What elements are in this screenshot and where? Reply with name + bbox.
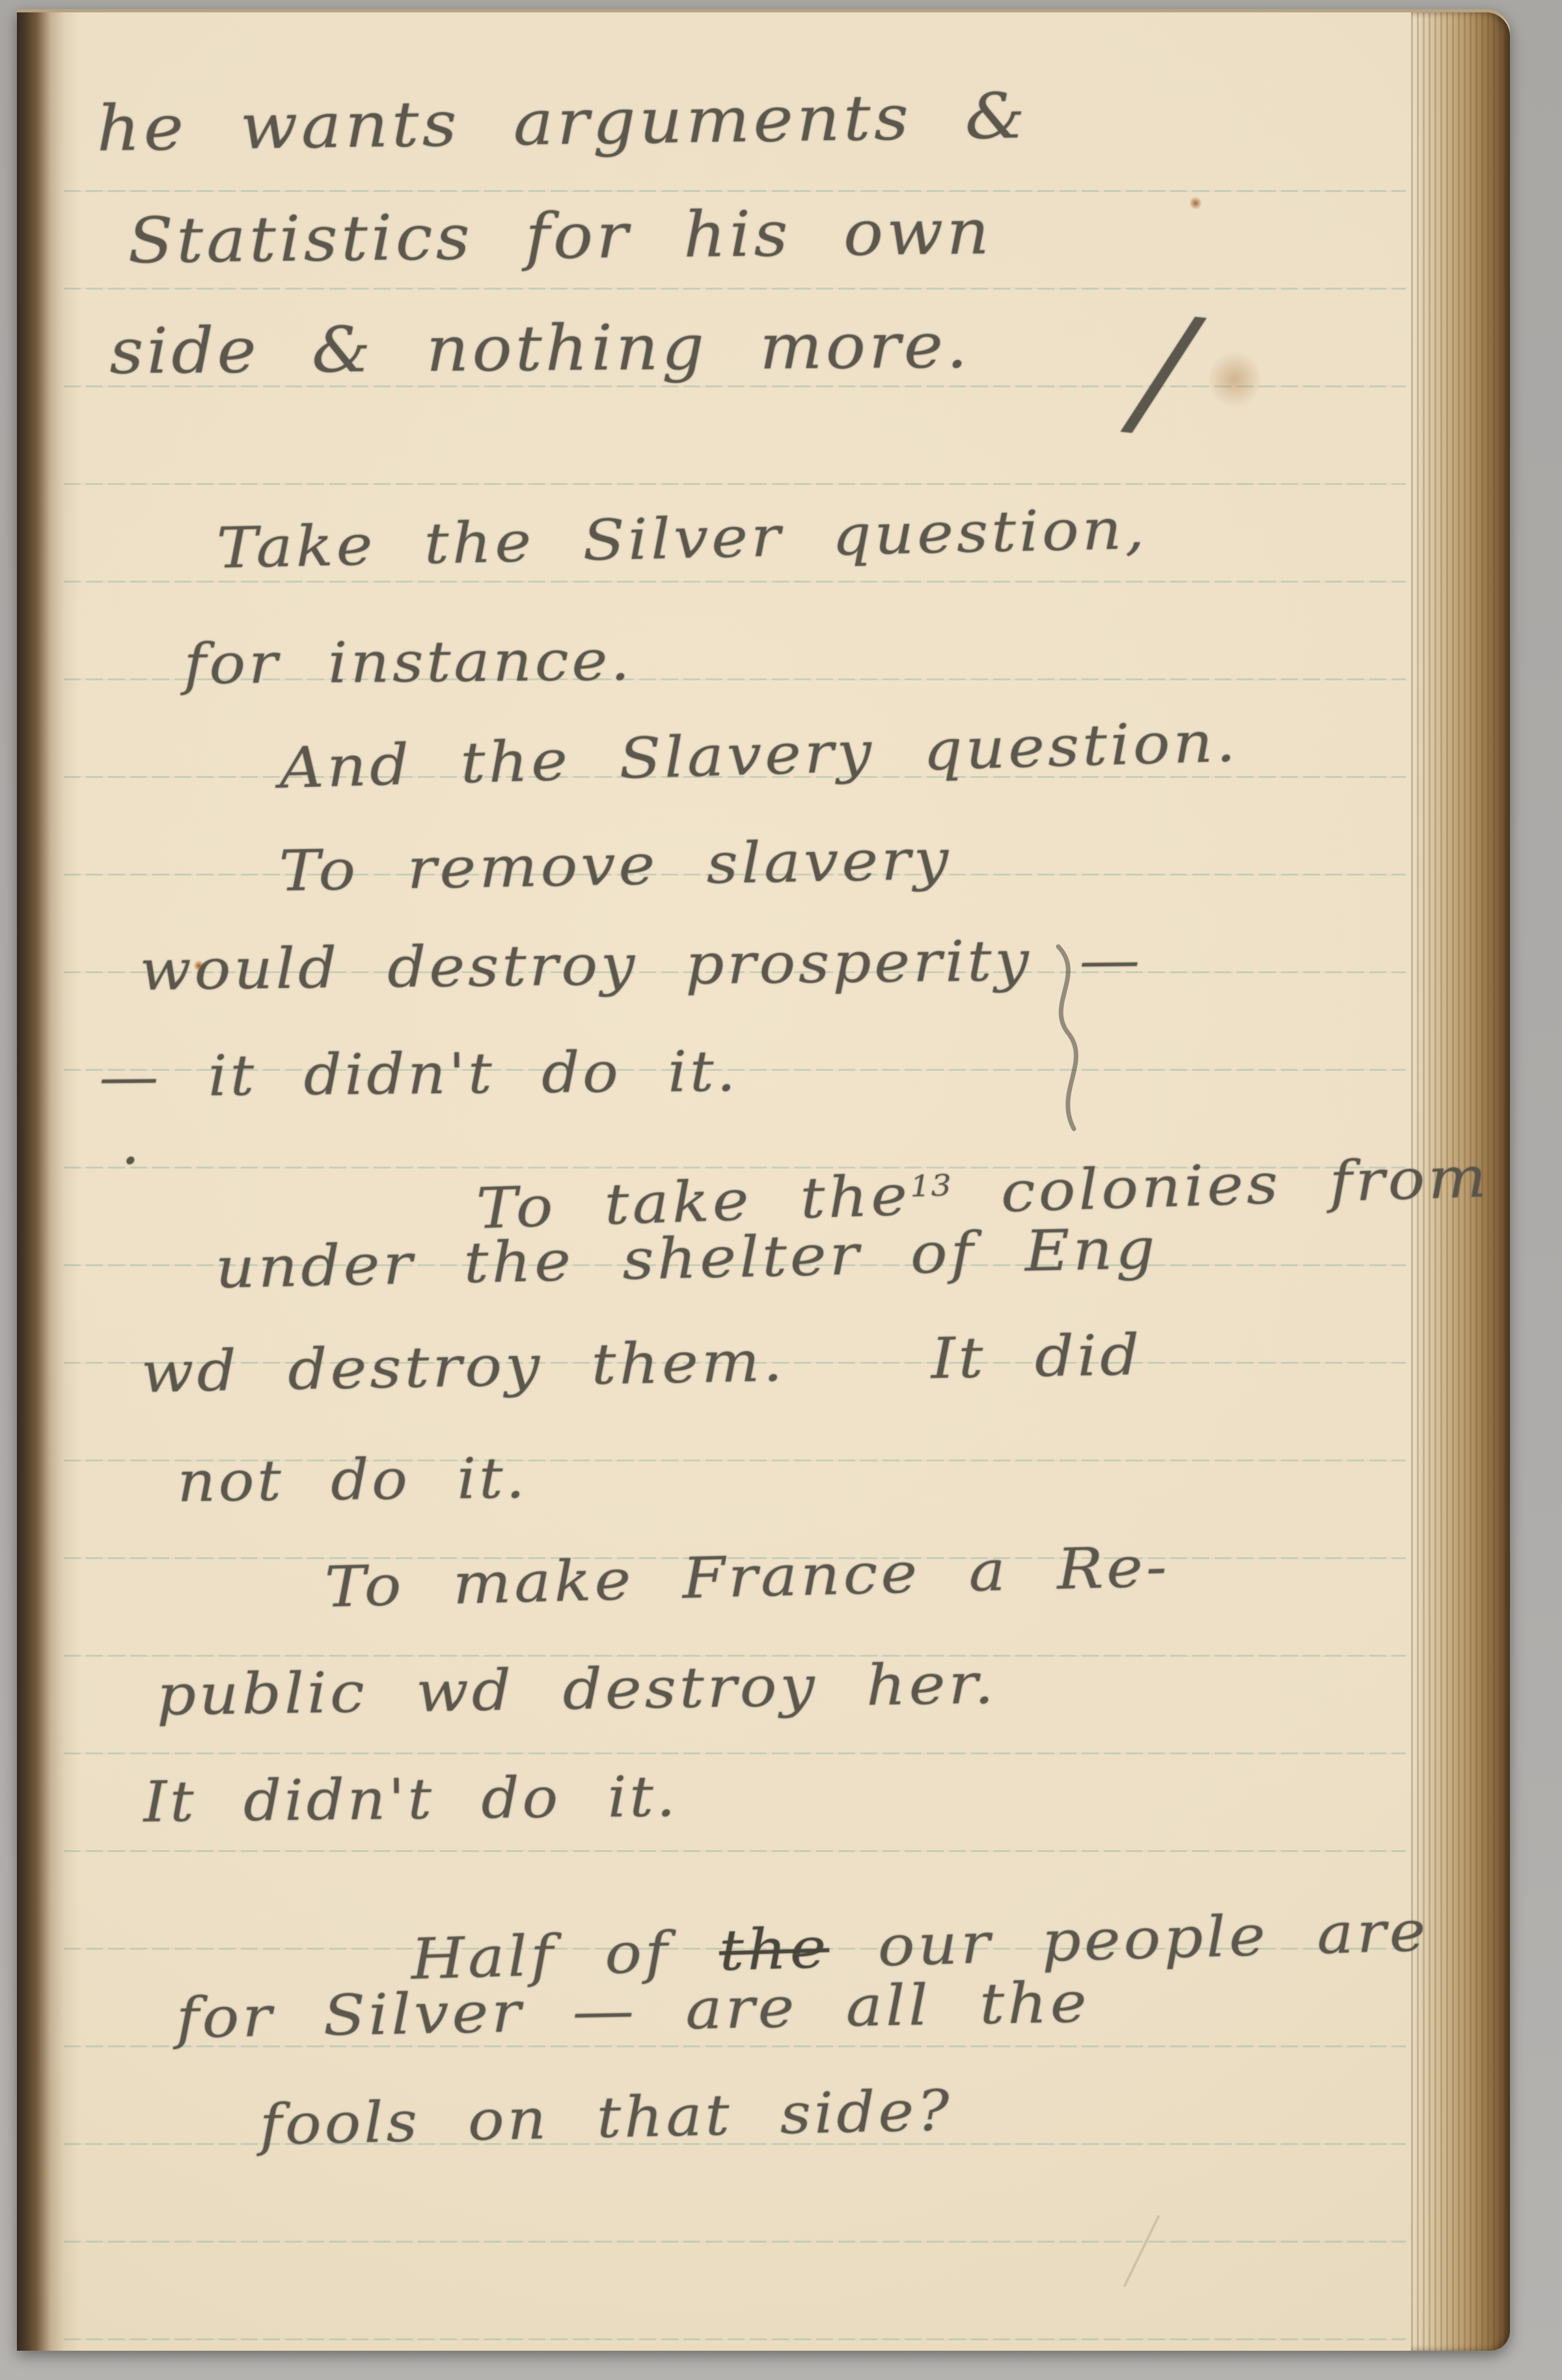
superscript-13: 13 [909, 1168, 952, 1204]
line-17-end: our people are [829, 1899, 1430, 1981]
handwritten-line-2: Statistics for his own [128, 201, 993, 272]
handwritten-line-16: It didn't do it. [143, 1769, 679, 1831]
handwritten-line-15: public wd destroy her. [156, 1656, 997, 1724]
struck-out-word: the [719, 1916, 830, 1984]
handwritten-line-8: would destroy prosperity — [139, 932, 1143, 999]
handwritten-line-19: fools on that side? [259, 2083, 953, 2153]
handwritten-line-3: side & nothing more. [109, 314, 971, 383]
handwritten-line-5: for instance. [184, 633, 633, 693]
paper-stain [1209, 348, 1260, 411]
margin-period: . [121, 1114, 143, 1173]
binding-gutter [17, 12, 79, 2351]
paper-stain [1190, 196, 1201, 210]
handwritten-line-1: he wants arguments & [96, 85, 1029, 160]
handwritten-line-13: not do it. [177, 1450, 528, 1510]
notebook-photo: he wants arguments & Statistics for his … [0, 0, 1562, 2380]
line-10-end: colonies from [952, 1145, 1490, 1227]
handwritten-line-18: for Silver — are all the [176, 1975, 1090, 2047]
handwritten-line-9: — it didn't do it. [99, 1044, 739, 1105]
handwritten-line-12: wd destroy them. It did [141, 1327, 1143, 1401]
handwritten-line-7: To remove slavery [279, 832, 952, 900]
